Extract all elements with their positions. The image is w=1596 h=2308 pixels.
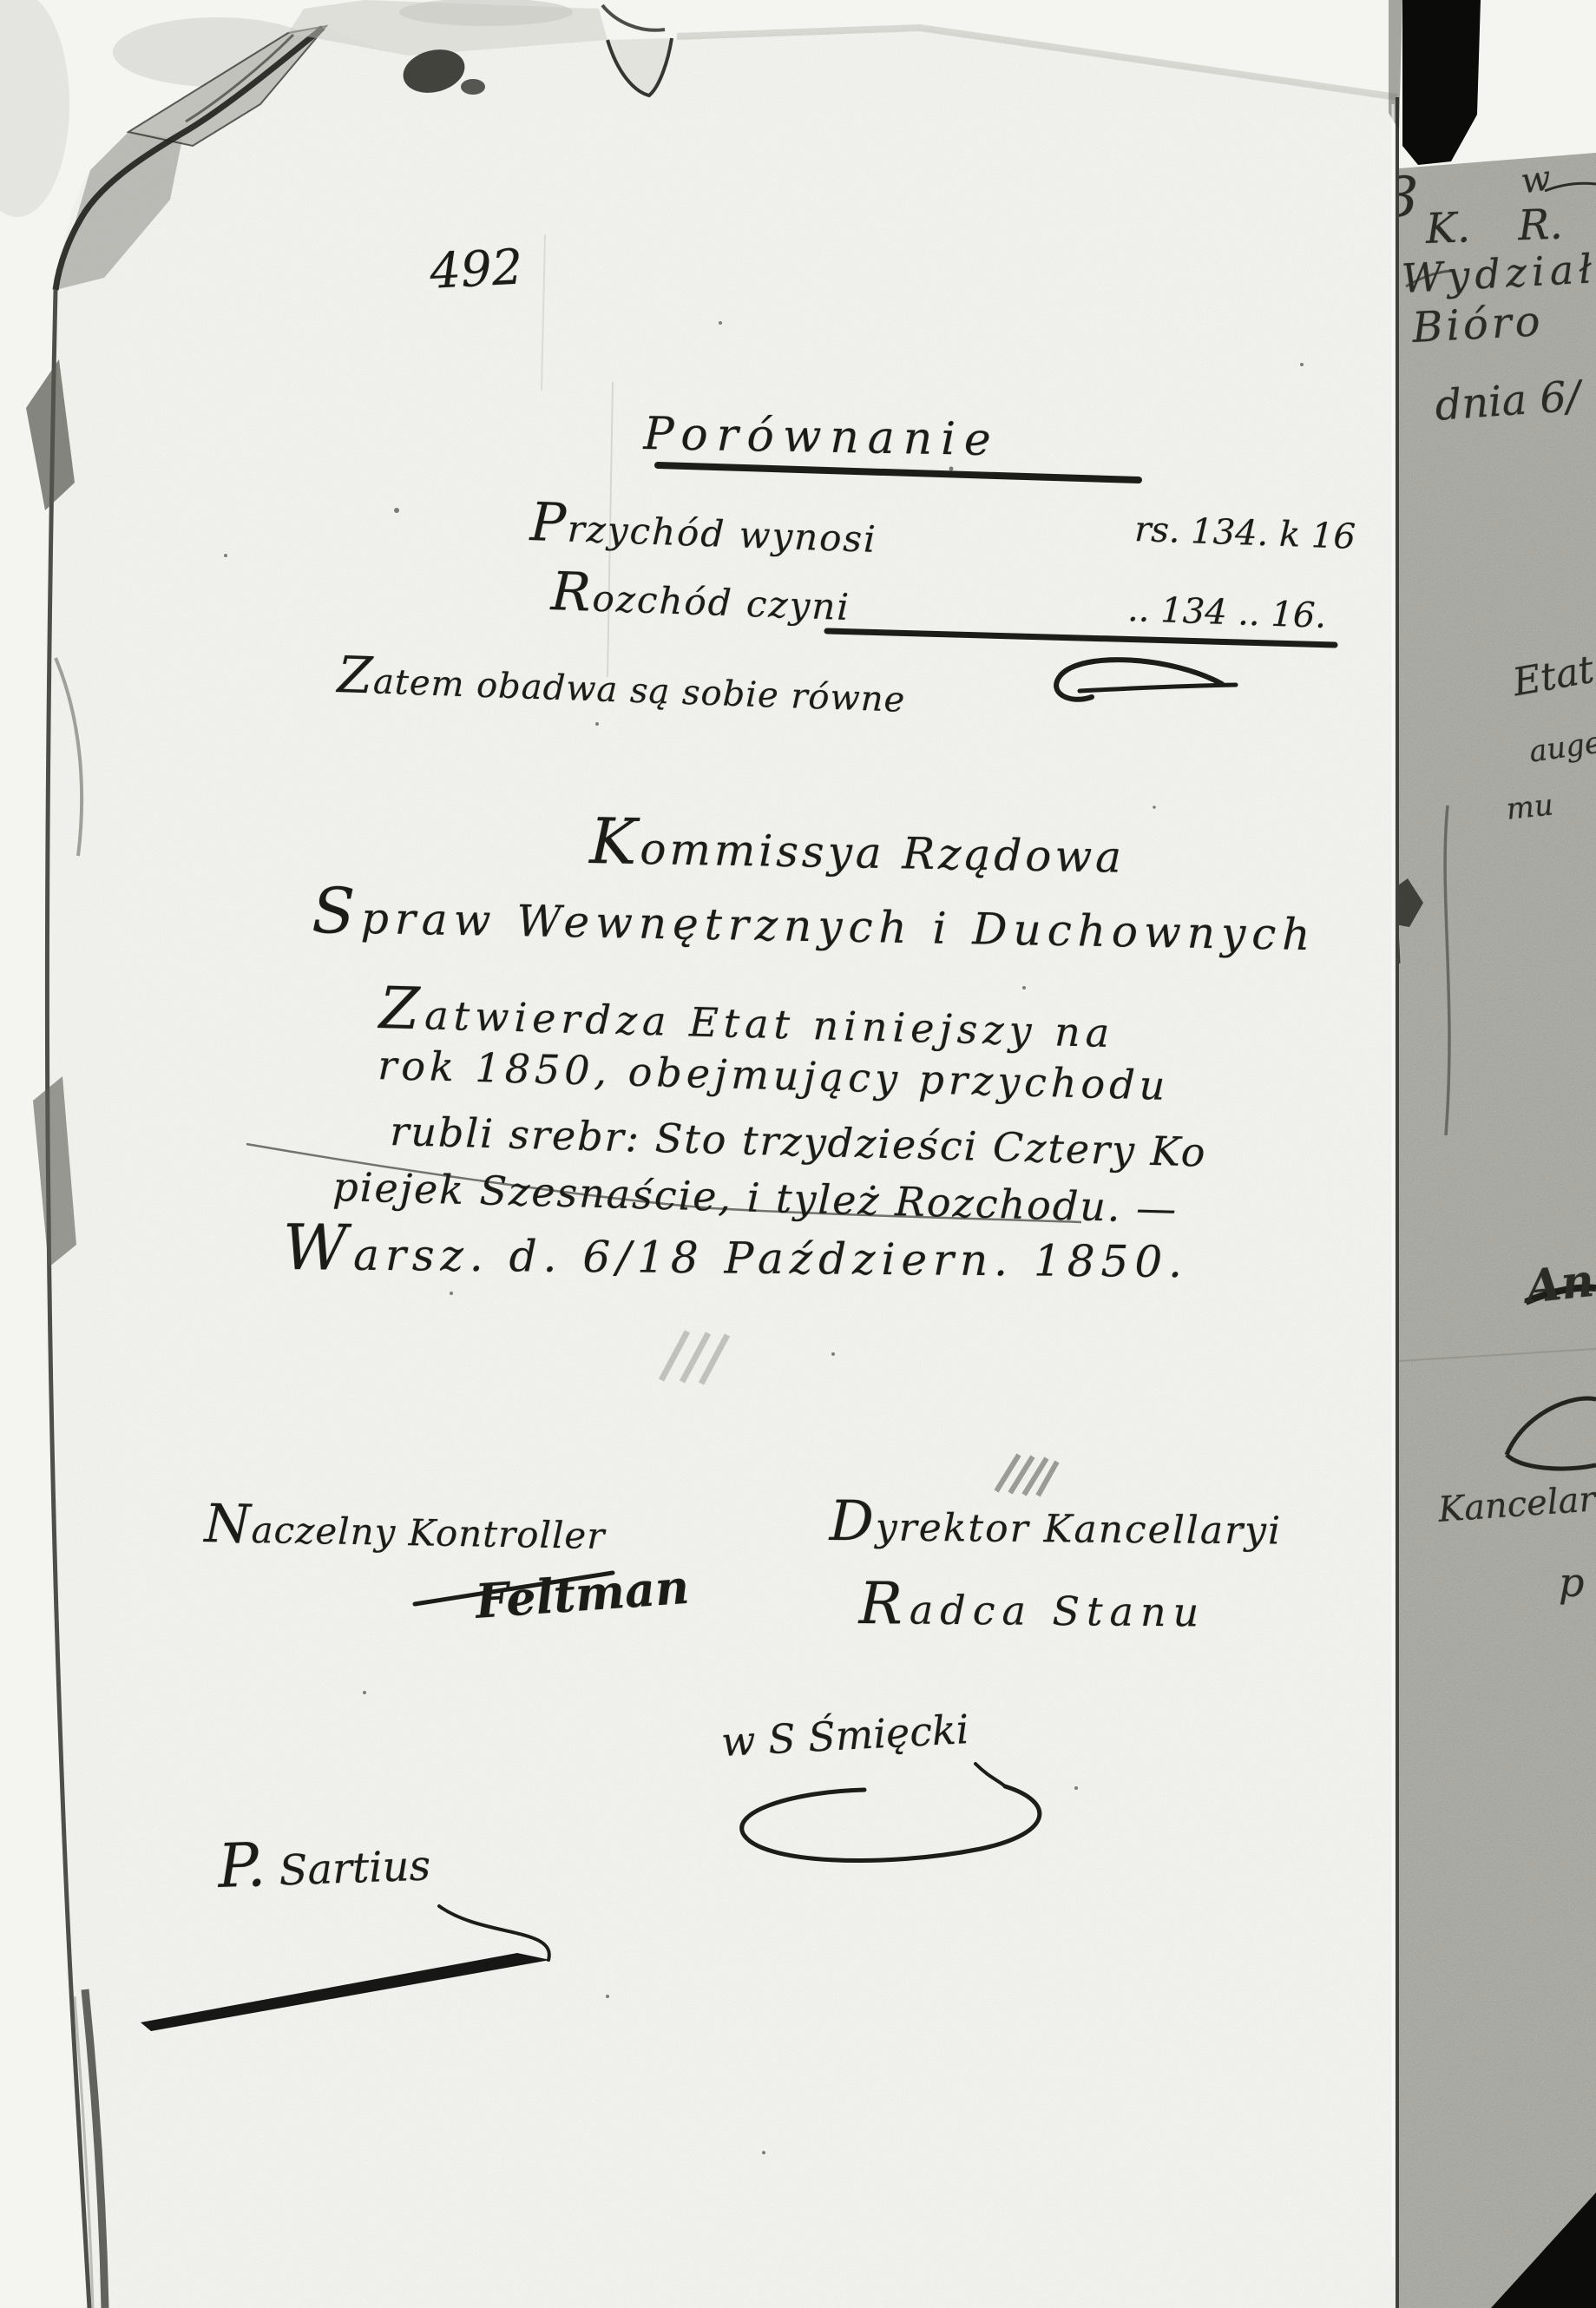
commission-heading-line1: Kommissya Rządowa [589, 811, 1126, 883]
left-signer-title: Naczelny Kontroller [204, 1498, 606, 1558]
adjacent-page-strip: 3 w K. R. Wydział Bióro dnia 6/ Etat aug… [1399, 0, 1596, 2308]
document-title: Porównanie [643, 411, 1000, 463]
adjacent-fragment-etat: Etat [1510, 651, 1596, 703]
scan-bed-smudge [0, 0, 69, 217]
adjacent-fragment-mu: mu [1505, 790, 1554, 824]
scanned-archival-document: 492 Porównanie Przychód wynosi rs. 134. … [0, 0, 1596, 2308]
expense-line-value: .. 134 .. 16. [1127, 592, 1327, 634]
income-line-value: rs. 134. k 16 [1134, 512, 1356, 555]
adjacent-fragment-wydzial: Wydział [1401, 248, 1596, 299]
adjacent-fragment-w: w [1519, 161, 1553, 199]
expense-line-label: Rozchód czyni [550, 566, 851, 629]
adjacent-fragment-dnia: dnia 6/ [1434, 375, 1582, 427]
bottom-signature: P. Sartius [217, 1829, 431, 1897]
adjacent-fragment-kancelar: Kancelar [1437, 1482, 1596, 1528]
center-signature: w S Śmięcki [720, 1709, 970, 1762]
decree-line-5: Warsz. d. 6/18 Październ. 1850. [282, 1217, 1188, 1288]
adjacent-fragment-an: An [1524, 1259, 1596, 1311]
page-number: 492 [429, 243, 524, 297]
adjacent-fragment-auge: auge [1527, 727, 1596, 766]
left-signer-signature: Feltman [474, 1563, 691, 1625]
adjacent-fragment-bioro: Bióro [1411, 300, 1545, 349]
adjacent-fragment-digit: 3 [1399, 170, 1419, 226]
right-signer-title-line1: Dyrektor Kancellaryi [829, 1495, 1282, 1554]
adjacent-fragment-p: p [1559, 1562, 1584, 1602]
right-signer-title-line2: Radca Stanu [858, 1575, 1205, 1635]
adjacent-fragment-k-r: K. R. [1425, 203, 1563, 249]
